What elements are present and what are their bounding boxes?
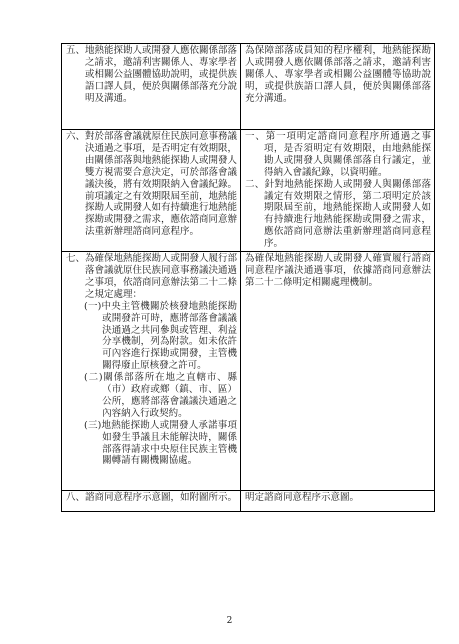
provision-subitem: (二)關係部落所在地之直轄市、縣（市）政府或鄉（鎮、市、區）公所，應將部落會議議… <box>84 372 237 420</box>
provision-paragraph: 八、諮商同意程序示意圖，如附圖所示。 <box>66 492 237 504</box>
explanation-cell: 一、第一項明定諮商同意程序所通過之事項，是否須明定有效期限，由地熱能探勘人或開發… <box>241 130 435 252</box>
explanation-paragraph: 一、第一項明定諮商同意程序所通過之事項，是否須明定有效期限，由地熱能探勘人或開發… <box>245 131 431 179</box>
provision-cell: 五、地熱能探勘人或開發人應依關係部落之請求，邀請利害關係人、專家學者或相關公益團… <box>62 44 241 130</box>
explanation-cell: 明定諮商同意程序示意圖。 <box>241 491 435 512</box>
explanation-paragraph: 為確保地熱能探勘人或開發人確實履行諮商同意程序議決通過事項，依據諮商同意辦法第二… <box>245 253 431 289</box>
provision-paragraph: 五、地熱能探勘人或開發人應依關係部落之請求，邀請利害關係人、專家學者或相關公益團… <box>66 45 237 105</box>
table-row: 七、為確保地熱能探勘人或開發人履行部落會議就原住民族同意事務議決通過之事項，依諮… <box>62 252 435 491</box>
page-number: 2 <box>0 615 459 627</box>
provision-paragraph: 六、對於部落會議就原住民族同意事務議決通過之事項，是否明定有效期限，由關係部落與… <box>66 131 237 191</box>
provision-subitem: (三)地熱能探勘人或開發人承諾事項如發生爭議且未能解決時，關係部落得請求中央原住… <box>84 420 237 468</box>
table-row: 八、諮商同意程序示意圖，如附圖所示。 明定諮商同意程序示意圖。 <box>62 491 435 512</box>
provision-paragraph: 七、為確保地熱能探勘人或開發人履行部落會議就原住民族同意事務議決通過之事項，依諮… <box>66 253 237 301</box>
explanation-cell: 為確保地熱能探勘人或開發人確實履行諮商同意程序議決通過事項，依據諮商同意辦法第二… <box>241 252 435 491</box>
provision-paragraph: 前項議定之有效期限屆至前，地熱能探勘人或開發人如有持續進行地熱能探勘或開發之需求… <box>85 191 237 239</box>
table-row: 五、地熱能探勘人或開發人應依關係部落之請求，邀請利害關係人、專家學者或相關公益團… <box>62 44 435 130</box>
explanation-paragraph: 明定諮商同意程序示意圖。 <box>245 492 431 504</box>
comparison-table: 五、地熱能探勘人或開發人應依關係部落之請求，邀請利害關係人、專家學者或相關公益團… <box>61 43 435 512</box>
table-row: 六、對於部落會議就原住民族同意事務議決通過之事項，是否明定有效期限，由關係部落與… <box>62 130 435 252</box>
provision-cell: 八、諮商同意程序示意圖，如附圖所示。 <box>62 491 241 512</box>
provision-subitem: (一)中央主管機關於核發地熱能探勘或開發許可時，應將部落會議議決通過之共同參與或… <box>84 301 237 372</box>
explanation-cell: 為保障部落成員知的程序權利，地熱能探勘人或開發人應依關係部落之請求，邀請利害關係… <box>241 44 435 130</box>
provision-cell: 七、為確保地熱能探勘人或開發人履行部落會議就原住民族同意事務議決通過之事項，依諮… <box>62 252 241 491</box>
explanation-paragraph: 為保障部落成員知的程序權利，地熱能探勘人或開發人應依關係部落之請求，邀請利害關係… <box>245 45 431 105</box>
explanation-paragraph: 二、針對地熱能探勘人或開發人與關係部落議定有效期限之情形，第二項明定於該期限屆至… <box>245 179 431 250</box>
provision-cell: 六、對於部落會議就原住民族同意事務議決通過之事項，是否明定有效期限，由關係部落與… <box>62 130 241 252</box>
